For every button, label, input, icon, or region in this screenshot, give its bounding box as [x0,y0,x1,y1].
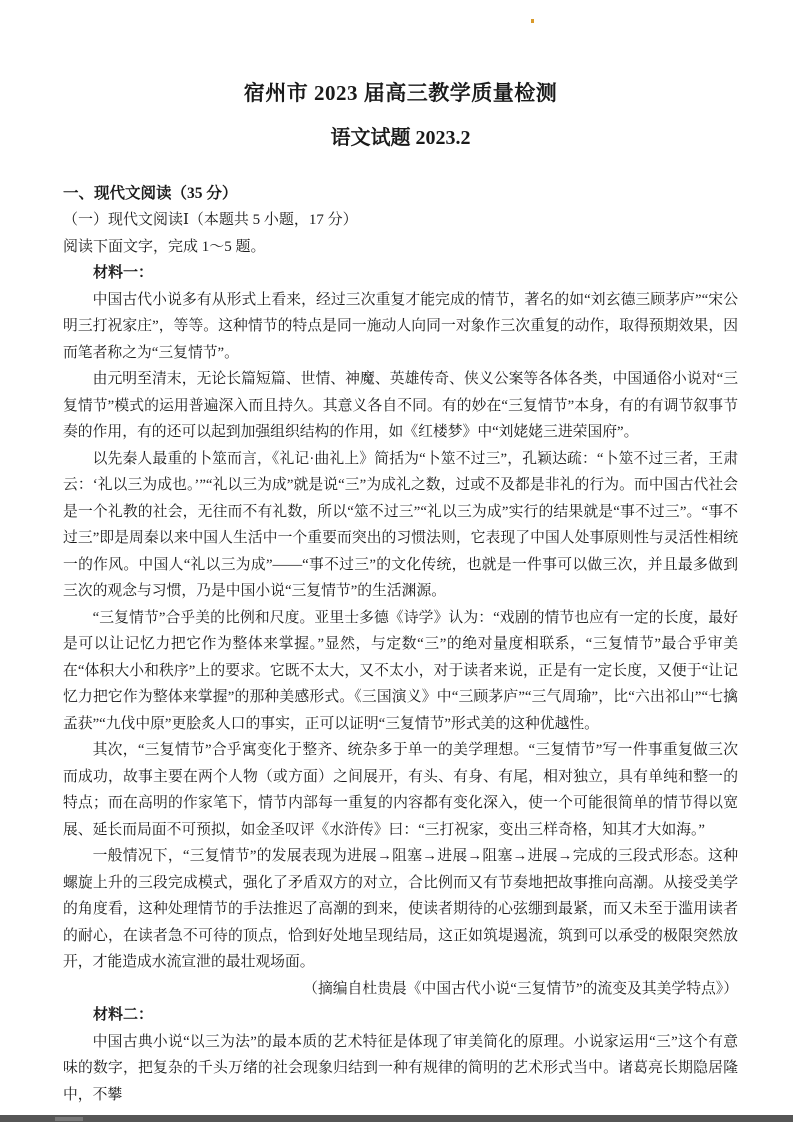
page-bottom-edge [0,1115,793,1122]
page-subtitle: 语文试题 2023.2 [63,124,738,152]
material1-paragraph: 由元明至清末，无论长篇短篇、世情、神魔、英雄传奇、侠义公案等各体各类，中国通俗小… [63,366,738,446]
document-content: 宿州市 2023 届高三教学质量检测 语文试题 2023.2 一、现代文阅读（3… [63,78,738,1108]
material1-paragraph: “三复情节”合乎美的比例和尺度。亚里士多德《诗学》认为：“戏剧的情节也应有一定的… [63,605,738,738]
stray-ink-dot [531,19,534,23]
page-edge-smudge [55,1117,83,1121]
material1-paragraph: 其次，“三复情节”合乎寓变化于整齐、统杂多于单一的美学理想。“三复情节”写一件事… [63,737,738,843]
exam-paper-page: 宿州市 2023 届高三教学质量检测 语文试题 2023.2 一、现代文阅读（3… [0,0,793,1122]
section1-heading: 一、现代文阅读（35 分） [63,180,738,207]
part1-heading: （一）现代文阅读Ⅰ（本题共 5 小题，17 分） [63,207,738,234]
page-title: 宿州市 2023 届高三教学质量检测 [63,78,738,108]
material1-attribution: （摘编自杜贵晨《中国古代小说“三复情节”的流变及其美学特点》） [63,976,738,1003]
material2-paragraph: 中国古典小说“以三为法”的最本质的艺术特征是体现了审美简化的原理。小说家运用“三… [63,1029,738,1109]
material1-paragraph: 中国古代小说多有从形式上看来，经过三次重复才能完成的情节，著名的如“刘玄德三顾茅… [63,287,738,367]
material1-label: 材料一： [63,260,738,287]
material1-paragraph: 以先秦人最重的卜筮而言，《礼记·曲礼上》简括为“卜筮不过三”，孔颖达疏：“卜筮不… [63,446,738,605]
reading-instruction: 阅读下面文字，完成 1～5 题。 [63,234,738,261]
material2-label: 材料二： [63,1002,738,1029]
material1-paragraph: 一般情况下，“三复情节”的发展表现为进展→阻塞→进展→阻塞→进展→完成的三段式形… [63,843,738,976]
